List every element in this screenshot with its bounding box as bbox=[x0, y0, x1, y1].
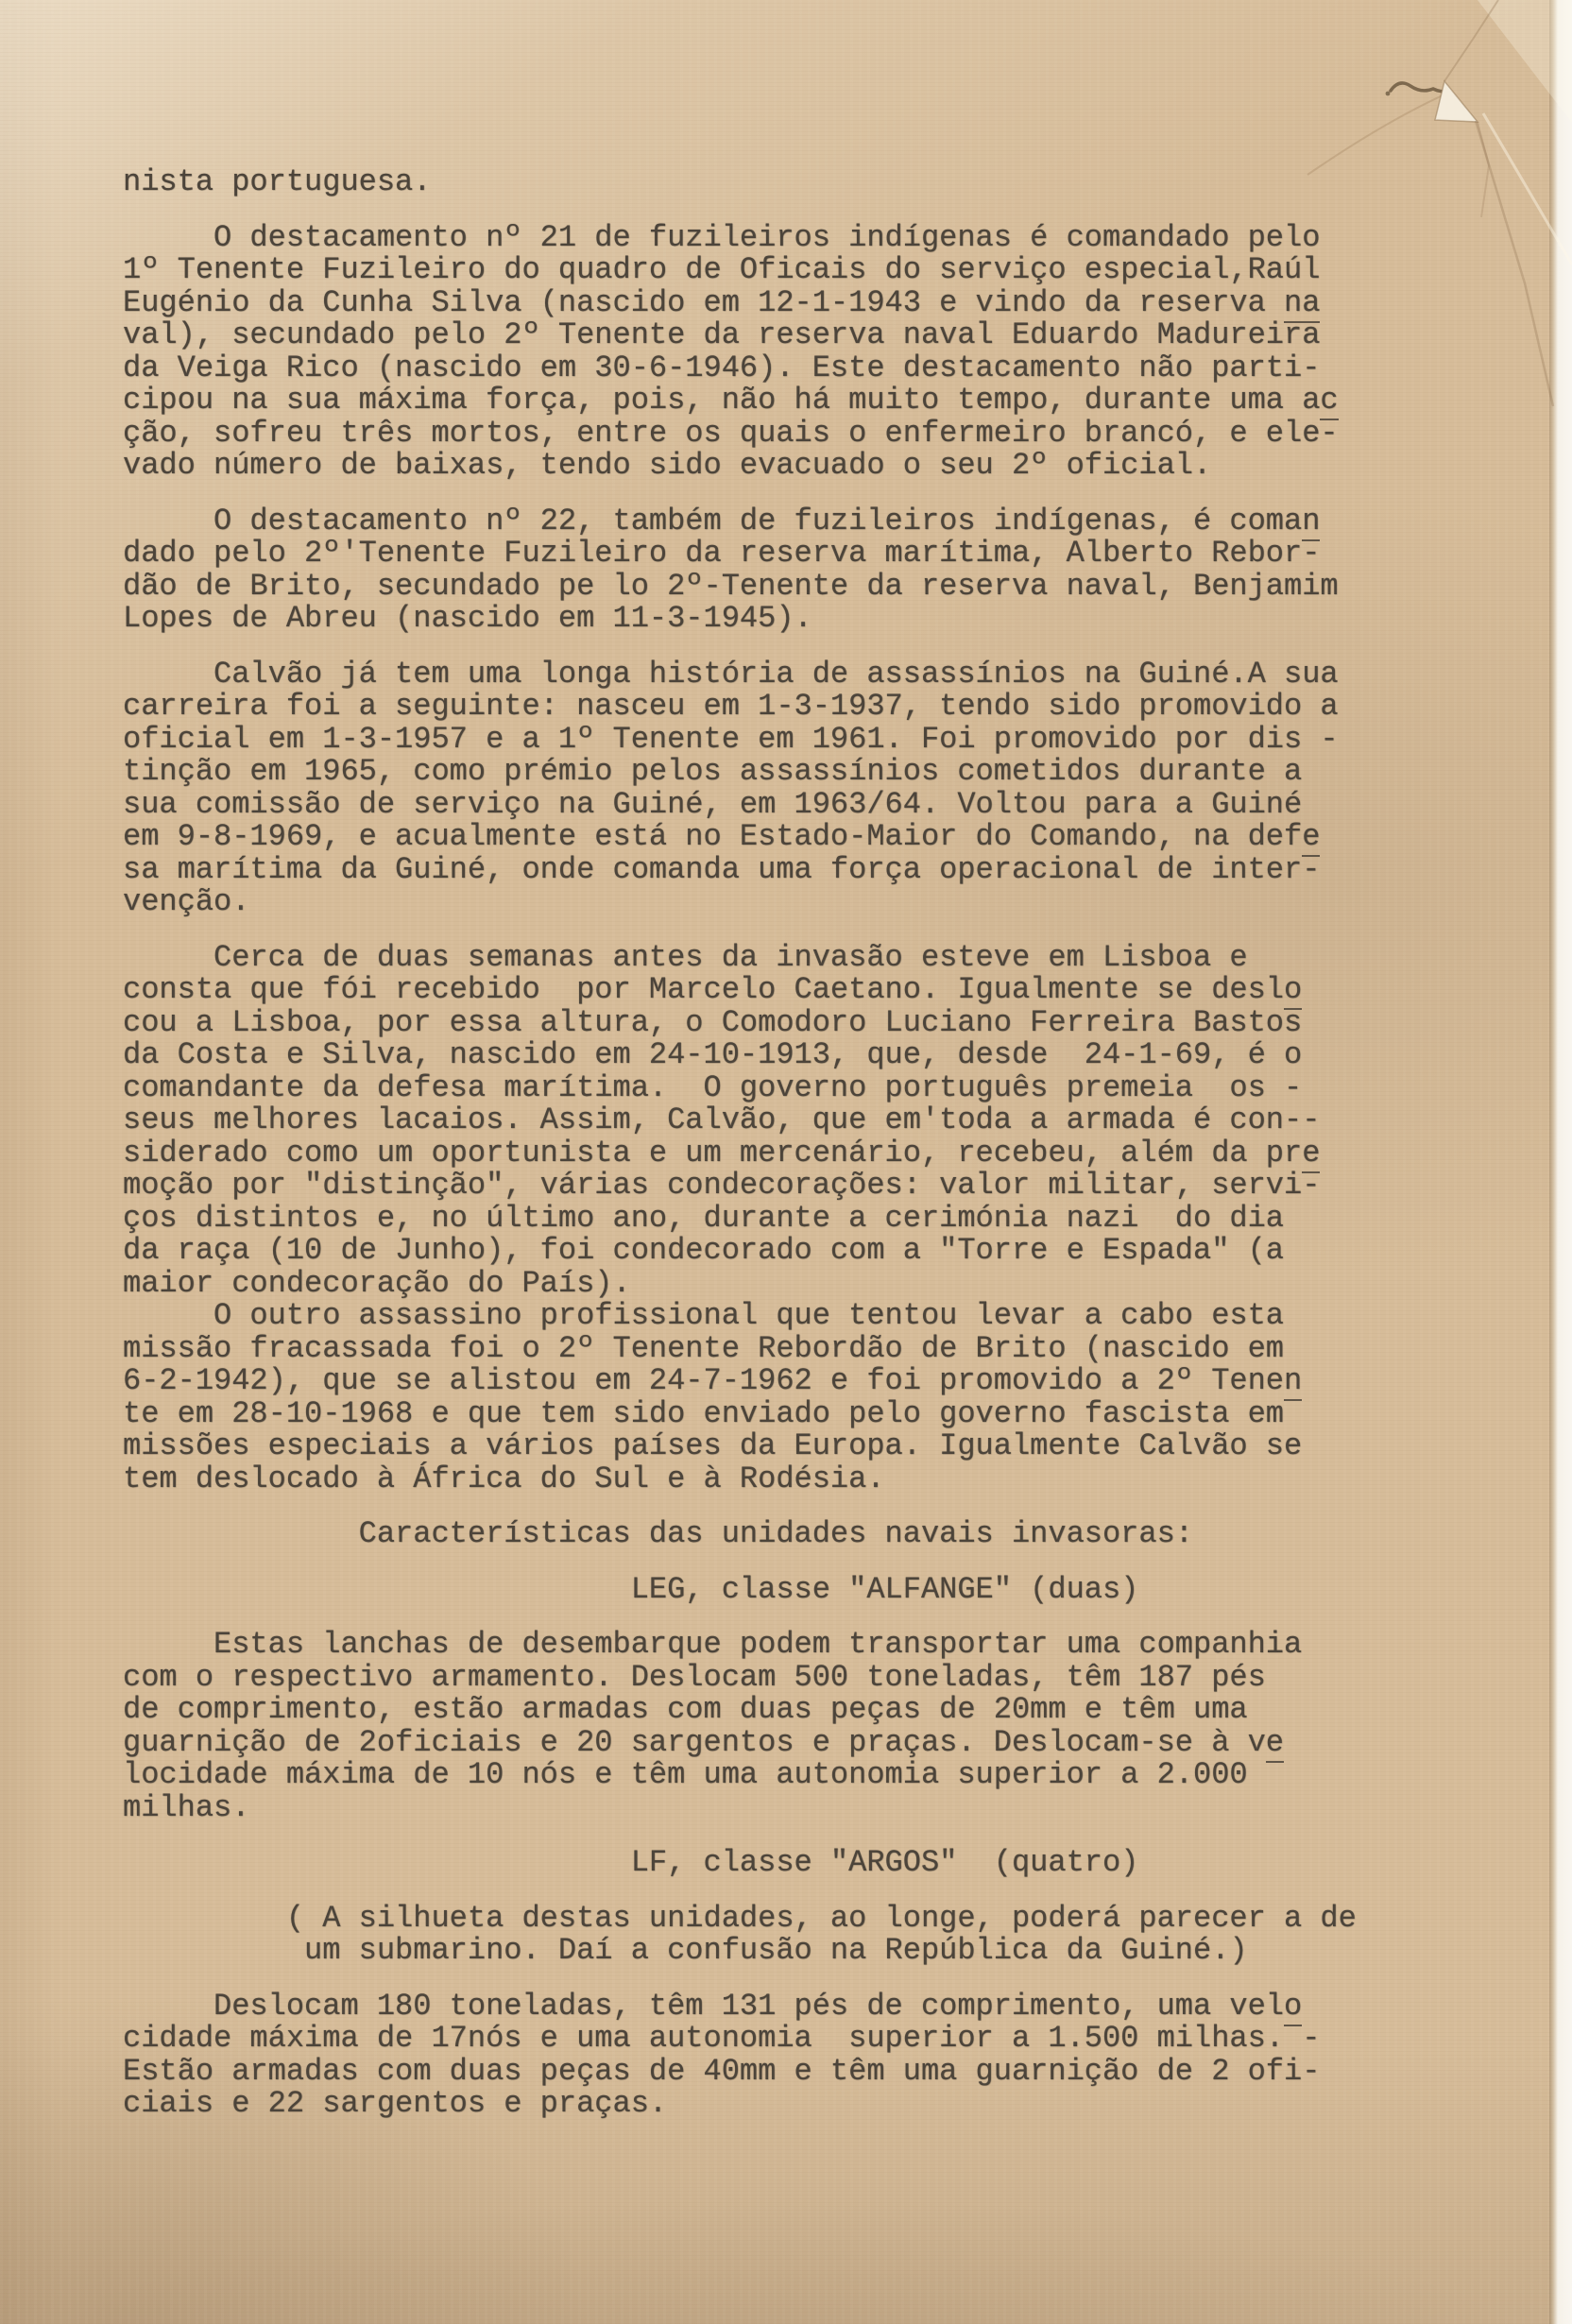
text-line: seus melhores lacaios. Assim, Calvão, qu… bbox=[123, 1104, 1357, 1137]
text-line: venção. bbox=[123, 886, 1357, 919]
continuation-underline: c bbox=[1320, 383, 1338, 420]
text-line: te em 28-10-1968 e que tem sido enviado … bbox=[123, 1398, 1357, 1431]
text-line: LEG, classe "ALFANGE" (duas) bbox=[123, 1574, 1357, 1607]
text-line: maior condecoração do País). bbox=[123, 1268, 1357, 1301]
text-line: comandante da defesa marítima. O governo… bbox=[123, 1072, 1357, 1105]
text-line: consta que fói recebido por Marcelo Caet… bbox=[123, 974, 1357, 1007]
text-line: cipou na sua máxima força, pois, não há … bbox=[123, 384, 1357, 418]
text-line: dado pelo 2º'Tenente Fuzileiro da reserv… bbox=[123, 538, 1357, 571]
heading-lf-argos: LF, classe "ARGOS" (quatro) bbox=[123, 1847, 1357, 1880]
text-line: da raça (10 de Junho), foi condecorado c… bbox=[123, 1235, 1357, 1268]
text-line: Características das unidades navais inva… bbox=[123, 1518, 1357, 1551]
continuation-underline: o bbox=[1284, 972, 1302, 1010]
text-line: oficial em 1-3-1957 e a 1º Tenente em 19… bbox=[123, 724, 1357, 757]
paragraph-rebordao-brito: O outro assassino profissional que tento… bbox=[123, 1300, 1357, 1495]
text-line: ção, sofreu três mortos, entre os quais … bbox=[123, 418, 1357, 451]
continuation-underline: e bbox=[1266, 1725, 1284, 1763]
text-line: carreira foi a seguinte: nasceu em 1-3-1… bbox=[123, 691, 1357, 724]
text-line: guarnição de 2oficiais e 20 sargentos e … bbox=[123, 1727, 1357, 1760]
text-line: Estas lanchas de desembarque podem trans… bbox=[123, 1629, 1357, 1662]
text-line: O destacamento nº 21 de fuzileiros indíg… bbox=[123, 222, 1357, 255]
text-line: com o respectivo armamento. Deslocam 500… bbox=[123, 1662, 1357, 1695]
text-line: de comprimento, estão armadas com duas p… bbox=[123, 1694, 1357, 1727]
text-line: vado número de baixas, tendo sido evacua… bbox=[123, 450, 1357, 483]
text-line: val), secundado pelo 2º Tenente da reser… bbox=[123, 319, 1357, 352]
text-line: ciais e 22 sargentos e praças. bbox=[123, 2088, 1357, 2121]
text-line: nista portuguesa. bbox=[123, 166, 1357, 199]
text-line: missões especiais a vários países da Eur… bbox=[123, 1430, 1357, 1463]
paragraph-intro-fragment: nista portuguesa. bbox=[123, 166, 1357, 199]
text-line: em 9-8-1969, e acualmente está no Estado… bbox=[123, 821, 1357, 854]
text-line: tem deslocado à África do Sul e à Rodési… bbox=[123, 1463, 1357, 1496]
text-line: 1º Tenente Fuzileiro do quadro de Oficai… bbox=[123, 254, 1357, 287]
text-line: dão de Brito, secundado pe lo 2º-Tenente… bbox=[123, 571, 1357, 604]
text-line: ços distintos e, no último ano, durante … bbox=[123, 1203, 1357, 1236]
paragraph-lisboa-visita: Cerca de duas semanas antes da invasão e… bbox=[123, 942, 1357, 1301]
text-line: ( A silhueta destas unidades, ao longe, … bbox=[123, 1903, 1357, 1936]
text-line: Deslocam 180 toneladas, têm 131 pés de c… bbox=[123, 1991, 1357, 2024]
text-line: cidade máxima de 17nós e uma autonomia s… bbox=[123, 2023, 1357, 2056]
heading-caracteristicas: Características das unidades navais inva… bbox=[123, 1518, 1357, 1551]
text-line: Estão armadas com duas peças de 40mm e t… bbox=[123, 2056, 1357, 2089]
scan-edge bbox=[1549, 0, 1572, 2324]
text-line: da Costa e Silva, nascido em 24-10-1913,… bbox=[123, 1039, 1357, 1072]
text-line: da Veiga Rico (nascido em 30-6-1946). Es… bbox=[123, 352, 1357, 385]
text-line: milhas. bbox=[123, 1792, 1357, 1825]
paragraph-leg-specs: Estas lanchas de desembarque podem trans… bbox=[123, 1629, 1357, 1824]
text-line: O destacamento nº 22, também de fuzileir… bbox=[123, 505, 1357, 538]
document-text: nista portuguesa. O destacamento nº 21 d… bbox=[123, 166, 1357, 2121]
continuation-underline: n bbox=[1284, 1363, 1302, 1401]
paragraph-silhueta-nota: ( A silhueta destas unidades, ao longe, … bbox=[123, 1903, 1357, 1968]
text-line: um submarino. Daí a confusão na Repúblic… bbox=[123, 1935, 1357, 1968]
text-line: sua comissão de serviço na Guiné, em 196… bbox=[123, 789, 1357, 822]
text-line: Calvão já tem uma longa história de assa… bbox=[123, 658, 1357, 692]
paragraph-destacamento-22: O destacamento nº 22, também de fuzileir… bbox=[123, 505, 1357, 636]
paragraph-destacamento-21: O destacamento nº 21 de fuzileiros indíg… bbox=[123, 222, 1357, 483]
continuation-underline: e bbox=[1302, 819, 1320, 857]
text-line: siderado como um oportunista e um mercen… bbox=[123, 1137, 1357, 1171]
text-line: sa marítima da Guiné, onde comanda uma f… bbox=[123, 854, 1357, 887]
paragraph-calvao-historia: Calvão já tem uma longa história de assa… bbox=[123, 658, 1357, 919]
text-line: Cerca de duas semanas antes da invasão e… bbox=[123, 942, 1357, 975]
text-line: O outro assassino profissional que tento… bbox=[123, 1300, 1357, 1333]
text-line: moção por "distinção", várias condecoraç… bbox=[123, 1170, 1357, 1203]
text-line: locidade máxima de 10 nós e têm uma auto… bbox=[123, 1759, 1357, 1792]
text-line: Eugénio da Cunha Silva (nascido em 12-1-… bbox=[123, 287, 1357, 320]
text-line: tinção em 1965, como prémio pelos assass… bbox=[123, 756, 1357, 789]
text-line: LF, classe "ARGOS" (quatro) bbox=[123, 1847, 1357, 1880]
text-line: cou a Lisboa, por essa altura, o Comodor… bbox=[123, 1007, 1357, 1040]
text-line: 6-2-1942), que se alistou em 24-7-1962 e… bbox=[123, 1365, 1357, 1398]
paragraph-lf-specs: Deslocam 180 toneladas, têm 131 pés de c… bbox=[123, 1991, 1357, 2121]
document-page: nista portuguesa. O destacamento nº 21 d… bbox=[0, 0, 1572, 2324]
text-line: Lopes de Abreu (nascido em 11-3-1945). bbox=[123, 603, 1357, 636]
heading-leg-alfange: LEG, classe "ALFANGE" (duas) bbox=[123, 1574, 1357, 1607]
text-line: missão fracassada foi o 2º Tenente Rebor… bbox=[123, 1333, 1357, 1366]
